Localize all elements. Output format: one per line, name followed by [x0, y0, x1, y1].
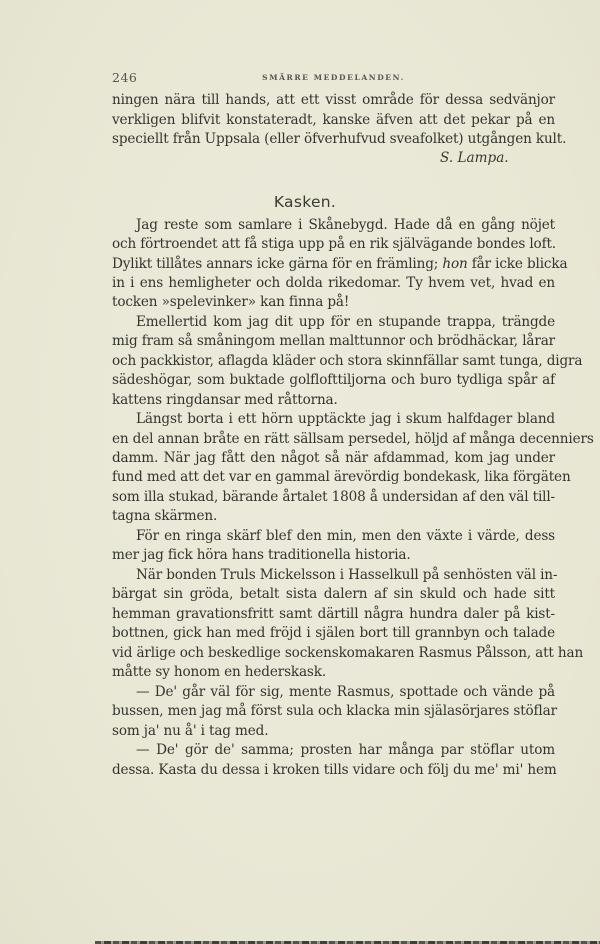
text-line: Jag reste som samlare i Skånebygd. Hade …: [136, 217, 555, 233]
text-line: kattens ringdansar med råttorna.: [112, 392, 555, 408]
text-line: tagna skärmen.: [112, 508, 555, 524]
running-title: SMÄRRE MEDDELANDEN.: [112, 73, 555, 82]
dialogue-line: — De' gör de' samma; prosten har många p…: [136, 742, 555, 758]
running-header: 246 SMÄRRE MEDDELANDEN.: [112, 70, 555, 86]
text-line: speciellt från Uppsala (eller öfverhufvu…: [112, 131, 555, 147]
text-line: Dylikt tillåtes annars icke gärna för en…: [112, 256, 555, 272]
text-line: tocken »spelevinker» kan finna på!: [112, 294, 555, 310]
text-line: vid ärlige och beskedlige sockenskomakar…: [112, 645, 555, 661]
text-line: och förtroendet att få stiga upp på en r…: [112, 236, 555, 252]
text-line: sädeshögar, som buktade golflofttiljorna…: [112, 372, 555, 388]
text-line: bottnen, gick han med fröjd i själen bor…: [112, 625, 555, 641]
italic-emphasis: hon: [442, 256, 467, 272]
text-line: bärgat sin gröda, betalt sista dalern af…: [112, 586, 555, 602]
article-title: Kasken.: [0, 193, 600, 211]
author-signature: S. Lampa.: [440, 150, 509, 166]
text-line: dessa. Kasta du dessa i kroken tills vid…: [112, 762, 555, 778]
text-line: Emellertid kom jag dit upp för en stupan…: [136, 314, 555, 330]
text-line: verkligen blifvit konstateradt, kanske ä…: [112, 112, 555, 128]
dialogue-line: — De' går väl för sig, mente Rasmus, spo…: [136, 684, 555, 700]
text-line: in i ens hemligheter och dolda rikedomar…: [112, 275, 555, 291]
text-line: måtte sy honom en hederskask.: [112, 664, 555, 680]
text-line: fund med att det var en gammal ärevördig…: [112, 469, 555, 485]
text-line: och packkistor, aflagda kläder och stora…: [112, 353, 555, 369]
scanned-page: 246 SMÄRRE MEDDELANDEN. ningen nära till…: [0, 0, 600, 944]
text-line: hemman gravationsfritt samt därtill någr…: [112, 606, 555, 622]
text-line: som ja' nu å' i tag med.: [112, 723, 555, 739]
text-line: mig fram så småningom mellan malttunnor …: [112, 333, 555, 349]
text-line: När bonden Truls Mickelsson i Hasselkull…: [136, 567, 555, 583]
text-line: bussen, men jag må först sula och klacka…: [112, 703, 555, 719]
text-line: som illa stukad, bärande årtalet 1808 å …: [112, 489, 555, 505]
text-line: För en ringa skärf blef den min, men den…: [136, 528, 555, 544]
text-line: damm. När jag fått den något så när afda…: [112, 450, 555, 466]
text-line: Längst borta i ett hörn upptäckte jag i …: [136, 411, 555, 427]
text-line: ningen nära till hands, att ett visst om…: [112, 92, 555, 108]
text-line: en del annan bråte en rätt sällsam perse…: [112, 431, 555, 447]
text-line: mer jag fick höra hans traditionella his…: [112, 547, 555, 563]
